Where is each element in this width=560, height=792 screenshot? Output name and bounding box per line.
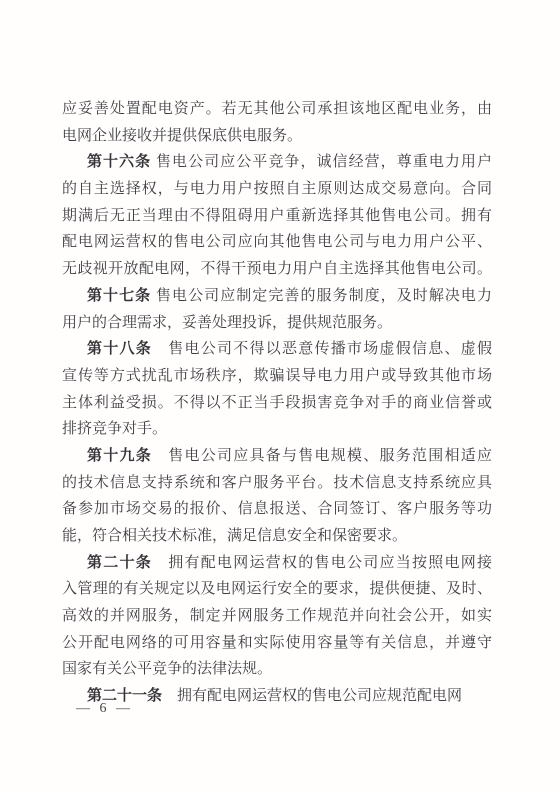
text-line: 无歧视开放配电网，不得干预电力用户自主选择其他售电公司。 — [62, 256, 492, 283]
article-21-text: 拥有配电网运营权的售电公司应规范配电网 — [162, 688, 462, 704]
text-line: 宣传等方式扰乱市场秩序，欺骗误导电力用户或导致其他市场 — [62, 363, 492, 390]
article-20-text: 拥有配电网运营权的售电公司应当按照电网接 — [152, 555, 492, 571]
text-line: 公开配电网络的可用容量和实际使用容量等有关信息，并遵守 — [62, 630, 492, 657]
text-line: 的技术信息支持系统和客户服务平台。技术信息支持系统应具 — [62, 470, 492, 497]
text-line: 备参加市场交易的报价、信息报送、合同签订、客户服务等功 — [62, 496, 492, 523]
article-18-line: 第十八条 售电公司不得以恶意传播市场虚假信息、虚假 — [62, 336, 492, 363]
article-17-number: 第十七条 — [87, 288, 151, 304]
article-16-line: 第十六条 售电公司应公平竞争，诚信经营，尊重电力用户 — [62, 149, 492, 176]
article-17-line: 第十七条 售电公司应制定完善的服务制度，及时解决电力 — [62, 283, 492, 310]
text-line: 电网企业接收并提供保底供电服务。 — [62, 123, 492, 150]
text-line: 的自主选择权，与电力用户按照自主原则达成交易意向。合同 — [62, 176, 492, 203]
text-line: 应妥善处置配电资产。若无其他公司承担该地区配电业务，由 — [62, 96, 492, 123]
page-number: — 6 — — [76, 701, 133, 717]
text-line: 入管理的有关规定以及电网运行安全的要求，提供便捷、及时、 — [62, 576, 492, 603]
article-19-line: 第十九条 售电公司应具备与售电规模、服务范围相适应 — [62, 443, 492, 470]
text-line: 用户的合理需求，妥善处理投诉，提供规范服务。 — [62, 310, 492, 337]
article-19-number: 第十九条 — [87, 448, 152, 464]
text-line: 主体利益受损。不得以不正当手段损害竞争对手的商业信誉或 — [62, 390, 492, 417]
article-16-number: 第十六条 — [87, 154, 151, 170]
text-line: 国家有关公平竞争的法律法规。 — [62, 656, 492, 683]
text-line: 配电网运营权的售电公司应向其他售电公司与电力用户公平、 — [62, 229, 492, 256]
text-line: 能，符合相关技术标准，满足信息安全和保密要求。 — [62, 523, 492, 550]
article-20-line: 第二十条 拥有配电网运营权的售电公司应当按照电网接 — [62, 550, 492, 577]
article-19-text: 售电公司应具备与售电规模、服务范围相适应 — [152, 448, 492, 464]
document-text-block: 应妥善处置配电资产。若无其他公司承担该地区配电业务，由 电网企业接收并提供保底供… — [62, 96, 492, 710]
text-line: 排挤竞争对手。 — [62, 416, 492, 443]
article-16-text: 售电公司应公平竞争，诚信经营，尊重电力用户 — [151, 154, 492, 170]
article-17-text: 售电公司应制定完善的服务制度，及时解决电力 — [151, 288, 492, 304]
text-line: 期满后无正当理由不得阻碍用户重新选择其他售电公司。拥有 — [62, 203, 492, 230]
article-20-number: 第二十条 — [87, 555, 152, 571]
text-line: 高效的并网服务，制定并网服务工作规范并向社会公开，如实 — [62, 603, 492, 630]
document-page: 应妥善处置配电资产。若无其他公司承担该地区配电业务，由 电网企业接收并提供保底供… — [0, 0, 560, 792]
article-18-text: 售电公司不得以恶意传播市场虚假信息、虚假 — [152, 341, 492, 357]
article-18-number: 第十八条 — [87, 341, 152, 357]
